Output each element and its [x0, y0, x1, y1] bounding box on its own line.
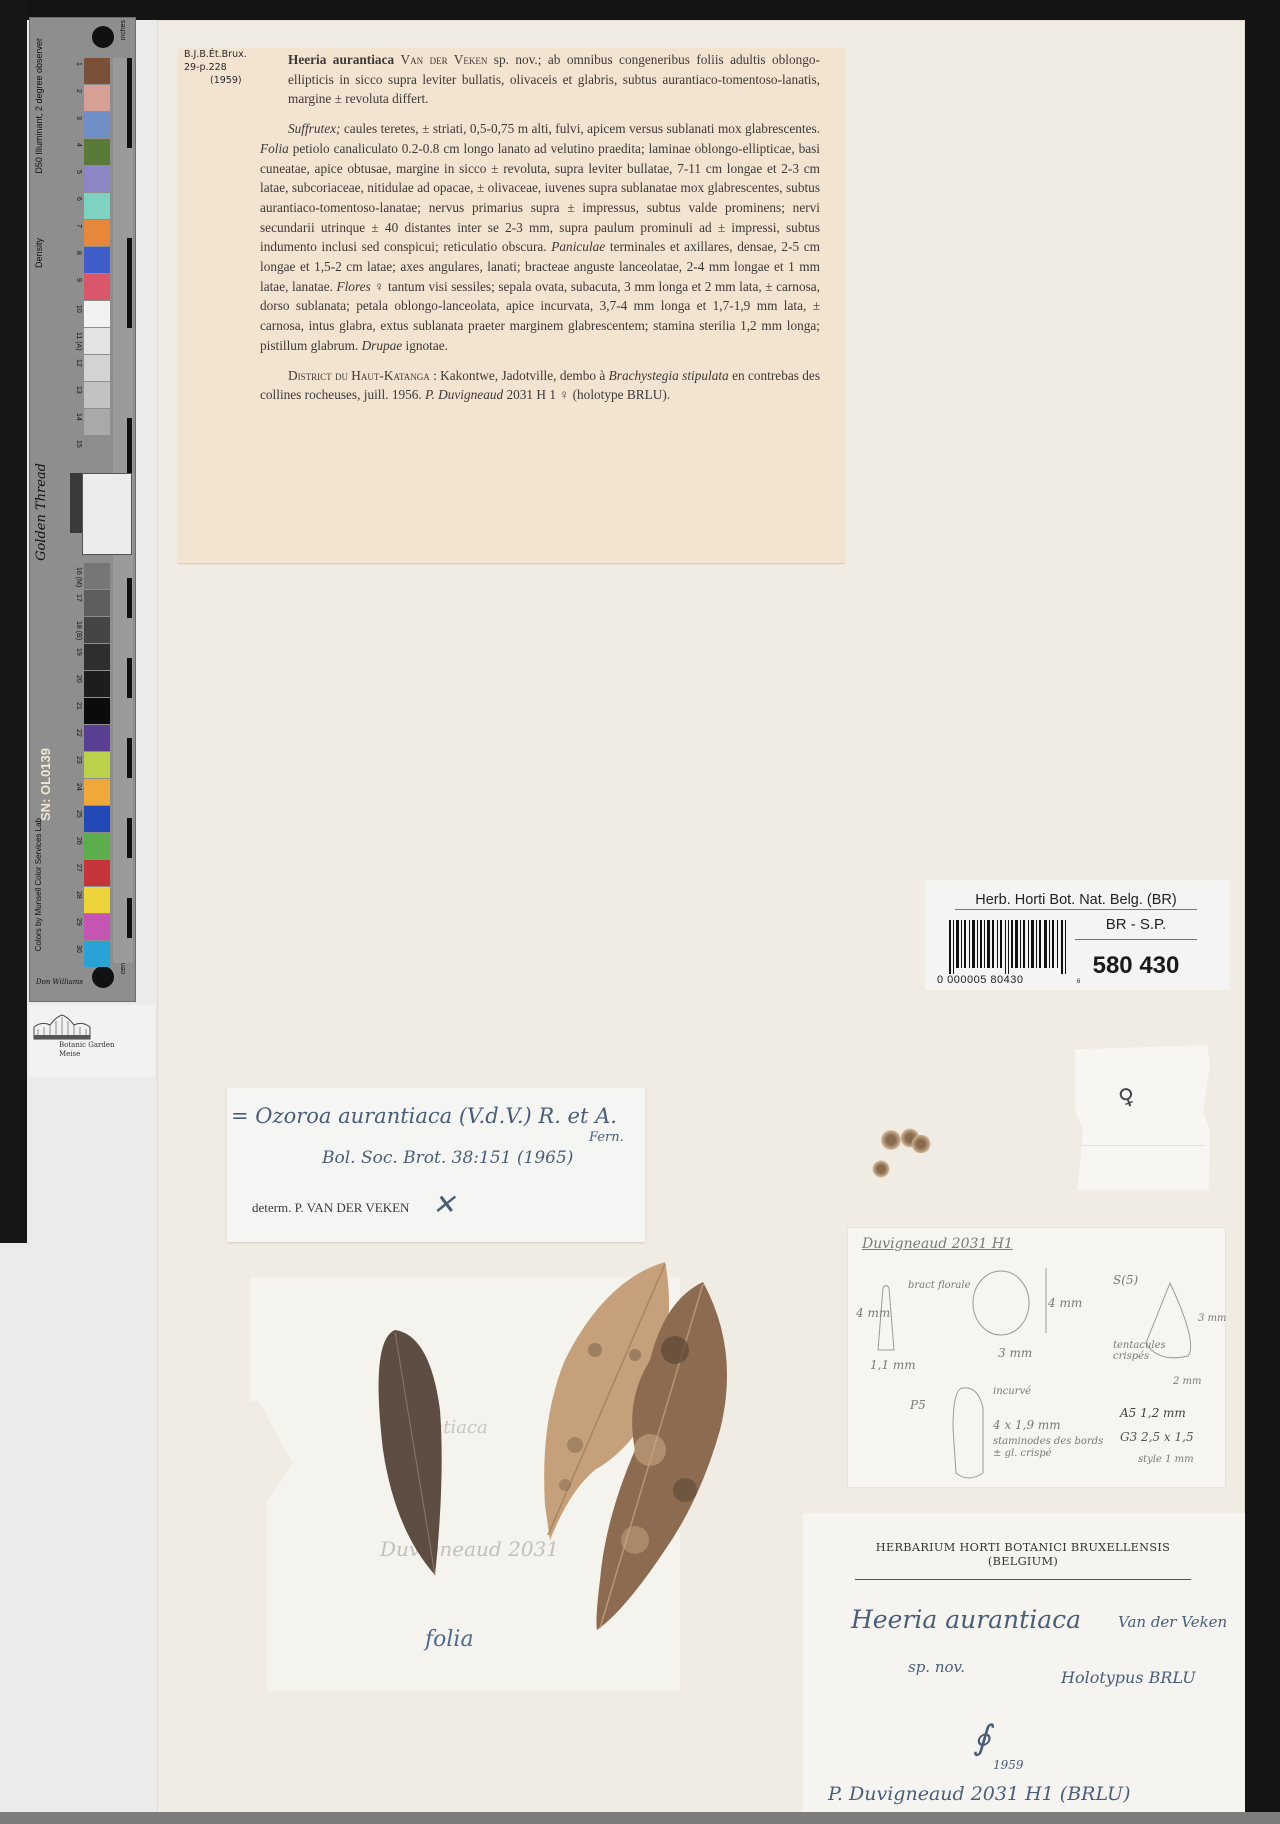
- logo-text: Botanic Garden Meise: [59, 1041, 114, 1059]
- herbarium-taxon-author: Van der Veken: [1118, 1613, 1227, 1631]
- sketch-note: 3 mm: [1198, 1313, 1227, 1324]
- color-patch: [84, 779, 110, 805]
- protologue-text: Heeria aurantiaca Van der Veken sp. nov.…: [260, 50, 820, 405]
- color-patch-number: 25: [70, 810, 82, 818]
- fragment-envelope[interactable]: ♀: [1075, 1045, 1210, 1190]
- color-patch: [84, 887, 110, 913]
- envelope-fold: [1080, 1145, 1205, 1146]
- resolution-target-card: [82, 473, 132, 555]
- color-patch-number: 11 (A): [70, 332, 82, 351]
- chart-illuminant-label: D50 Illuminant, 2 degree observer: [34, 38, 44, 174]
- color-patch-number: 28: [70, 891, 82, 899]
- barcode-digits: 0 000005 80430: [937, 974, 1024, 986]
- logo-line-2: Meise: [59, 1050, 114, 1059]
- color-patch-number: 24: [70, 783, 82, 791]
- color-patch: [84, 274, 110, 300]
- color-patch: [84, 590, 110, 616]
- color-patch-number: 4: [70, 143, 82, 147]
- publication-reference: B.J.B.Ét.Brux. 29-p.228 (1959): [184, 48, 256, 87]
- herbarium-institution: HERBARIUM HORTI BOTANICI BRUXELLENSIS (B…: [853, 1541, 1193, 1569]
- color-patch: [84, 644, 110, 670]
- color-patch: [84, 436, 110, 462]
- sketch-note: 2 mm: [1173, 1376, 1202, 1387]
- background-frame-left: [0, 0, 27, 1243]
- color-patch: [84, 355, 110, 381]
- color-patch: [84, 860, 110, 886]
- herbarium-collector: P. Duvigneaud 2031 H1 (BRLU): [828, 1783, 1130, 1805]
- color-patch: [84, 193, 110, 219]
- logo-line-1: Botanic Garden: [59, 1041, 114, 1050]
- herbarium-taxon-name: Heeria aurantiaca: [851, 1605, 1081, 1634]
- color-patch: [84, 941, 110, 967]
- sketch-note: 4 mm: [1048, 1296, 1082, 1310]
- collection-code: BR - S.P.: [1075, 916, 1197, 940]
- locality-paragraph: District du Haut-Katanga : Kakontwe, Jad…: [260, 366, 820, 405]
- herbarium-year: 1959: [993, 1758, 1024, 1772]
- herbarium-type-note: Holotypus BRLU: [1061, 1668, 1196, 1687]
- determination-label: = Ozoroa aurantiaca (V.d.V.) R. et A. Fe…: [227, 1088, 645, 1242]
- taxon-name: Heeria aurantiaca: [288, 52, 394, 67]
- diagnosis-paragraph: Heeria aurantiaca Van der Veken sp. nov.…: [260, 50, 820, 109]
- color-patch-number: 1: [70, 62, 82, 66]
- sketch-note: bract florale: [908, 1280, 971, 1291]
- sketch-note: 3 mm: [998, 1346, 1032, 1360]
- color-patch-number: 6: [70, 197, 82, 201]
- color-patch-number: 26: [70, 837, 82, 845]
- color-patch: [84, 301, 110, 327]
- chart-units-inches: inches: [120, 20, 127, 40]
- color-patch: [84, 833, 110, 859]
- color-patch-number: 10: [70, 305, 82, 313]
- color-patch-number: 15: [70, 440, 82, 448]
- pressed-leaves: [245, 1250, 765, 1690]
- specimen-number: 580 430: [1075, 952, 1197, 980]
- flower-fragment: [872, 1160, 890, 1178]
- color-patch-number: 8: [70, 251, 82, 255]
- gray-target-block: [70, 473, 82, 533]
- color-patch: [84, 698, 110, 724]
- color-patch: [84, 617, 110, 643]
- color-patch: [84, 328, 110, 354]
- background-frame-bottom: [0, 1812, 1280, 1824]
- color-patch: [84, 914, 110, 940]
- protologue-label: B.J.B.Ét.Brux. 29-p.228 (1959) Heeria au…: [178, 48, 845, 563]
- chart-maker: Colors by Munsell Color Services Lab: [34, 818, 43, 951]
- color-patch: [84, 220, 110, 246]
- color-patch-number: 5: [70, 170, 82, 174]
- chart-signature: Don Williams: [36, 978, 83, 986]
- chart-density-label: Density: [34, 238, 44, 268]
- color-patch: [84, 58, 110, 84]
- background-frame-right: [1245, 0, 1280, 1824]
- color-patch: [84, 563, 110, 589]
- color-patch: [84, 671, 110, 697]
- color-patch-number: 27: [70, 864, 82, 872]
- flower-fragment: [910, 1135, 932, 1153]
- sketch-note: S(5): [1113, 1273, 1138, 1287]
- color-patch-number: 16 (M): [70, 567, 82, 587]
- sketch-note: 4 x 1,9 mm: [993, 1418, 1061, 1432]
- color-patch-number: 12: [70, 359, 82, 367]
- color-patch-number: 30: [70, 945, 82, 953]
- leaf-dark: [379, 1330, 442, 1575]
- color-patch: [84, 752, 110, 778]
- color-patch-number: 20: [70, 675, 82, 683]
- color-patch: [84, 166, 110, 192]
- herbarium-label: HERBARIUM HORTI BOTANICI BRUXELLENSIS (B…: [803, 1513, 1245, 1812]
- sketch-note: A5 1,2 mm: [1120, 1406, 1186, 1420]
- barcode-label: Herb. Horti Bot. Nat. Belg. (BR) 0 00000…: [925, 880, 1230, 990]
- barcode-institution: Herb. Horti Bot. Nat. Belg. (BR): [955, 892, 1197, 910]
- color-patch-number: 29: [70, 918, 82, 926]
- chart-hole-top: [92, 26, 114, 48]
- botanic-garden-meise-logo: Botanic Garden Meise: [29, 1005, 155, 1077]
- color-patch: [84, 139, 110, 165]
- sketch-note: staminodes des bords ± gl. crispé: [993, 1436, 1113, 1460]
- determiner-signature: ✕: [432, 1188, 455, 1221]
- determination-name: = Ozoroa aurantiaca (V.d.V.) R. et A.: [231, 1104, 617, 1128]
- color-patch-number: 22: [70, 729, 82, 737]
- color-patch: [84, 409, 110, 435]
- divider: [855, 1579, 1191, 1580]
- greenhouse-icon: [32, 1013, 92, 1043]
- color-patch: [84, 382, 110, 408]
- flower-fragment: [880, 1130, 902, 1150]
- color-patch-number: 2: [70, 89, 82, 93]
- chart-brand: Golden Thread: [34, 463, 49, 561]
- color-patch-number: 14: [70, 413, 82, 421]
- sketch-note: tentacules crispés: [1113, 1340, 1193, 1362]
- analysis-sketch-label: Duvigneaud 2031 H1 bract florale 4 mm 1,…: [848, 1228, 1225, 1487]
- female-sign-icon: ♀: [1115, 1083, 1139, 1112]
- color-patch-number: 18 (B): [70, 621, 82, 640]
- color-patch: [84, 247, 110, 273]
- color-calibration-chart: D50 Illuminant, 2 degree observer Densit…: [29, 17, 136, 1002]
- color-patch: [84, 806, 110, 832]
- color-patch: [84, 85, 110, 111]
- sketch-note: incurvé: [993, 1386, 1031, 1397]
- color-patch-number: 17: [70, 594, 82, 602]
- color-patch-number: 19: [70, 648, 82, 656]
- color-patch: [84, 112, 110, 138]
- background-frame-top: [0, 0, 1280, 20]
- description-paragraph: Suffrutex; caules teretes, ± striati, 0,…: [260, 119, 820, 355]
- color-patch-number: 3: [70, 116, 82, 120]
- color-patch: [84, 725, 110, 751]
- barcode-icon: [949, 920, 1069, 974]
- taxon-author: Van der Veken: [401, 52, 488, 67]
- sketch-note: P5: [910, 1398, 926, 1412]
- determination-reference: Bol. Soc. Brot. 38:151 (1965): [322, 1148, 573, 1168]
- sketch-note: style 1 mm: [1138, 1454, 1194, 1465]
- color-patch-number: 23: [70, 756, 82, 764]
- color-patch-number: 9: [70, 278, 82, 282]
- herbarium-status: sp. nov.: [908, 1658, 965, 1676]
- determiner: determ. P. VAN DER VEKEN: [252, 1200, 409, 1216]
- sketch-note: 4 mm: [856, 1306, 890, 1320]
- sketch-note: G3 2,5 x 1,5: [1120, 1430, 1194, 1444]
- color-patch-number: 21: [70, 702, 82, 710]
- determination-author: Fern.: [589, 1130, 624, 1145]
- sketch-note: 1,1 mm: [870, 1358, 916, 1372]
- chart-serial: SN: OL0139: [38, 748, 53, 821]
- herbarium-signature: ∮: [973, 1718, 991, 1758]
- color-patch-number: 13: [70, 386, 82, 394]
- chart-hole-bottom: [92, 966, 114, 988]
- color-patch-number: 7: [70, 224, 82, 228]
